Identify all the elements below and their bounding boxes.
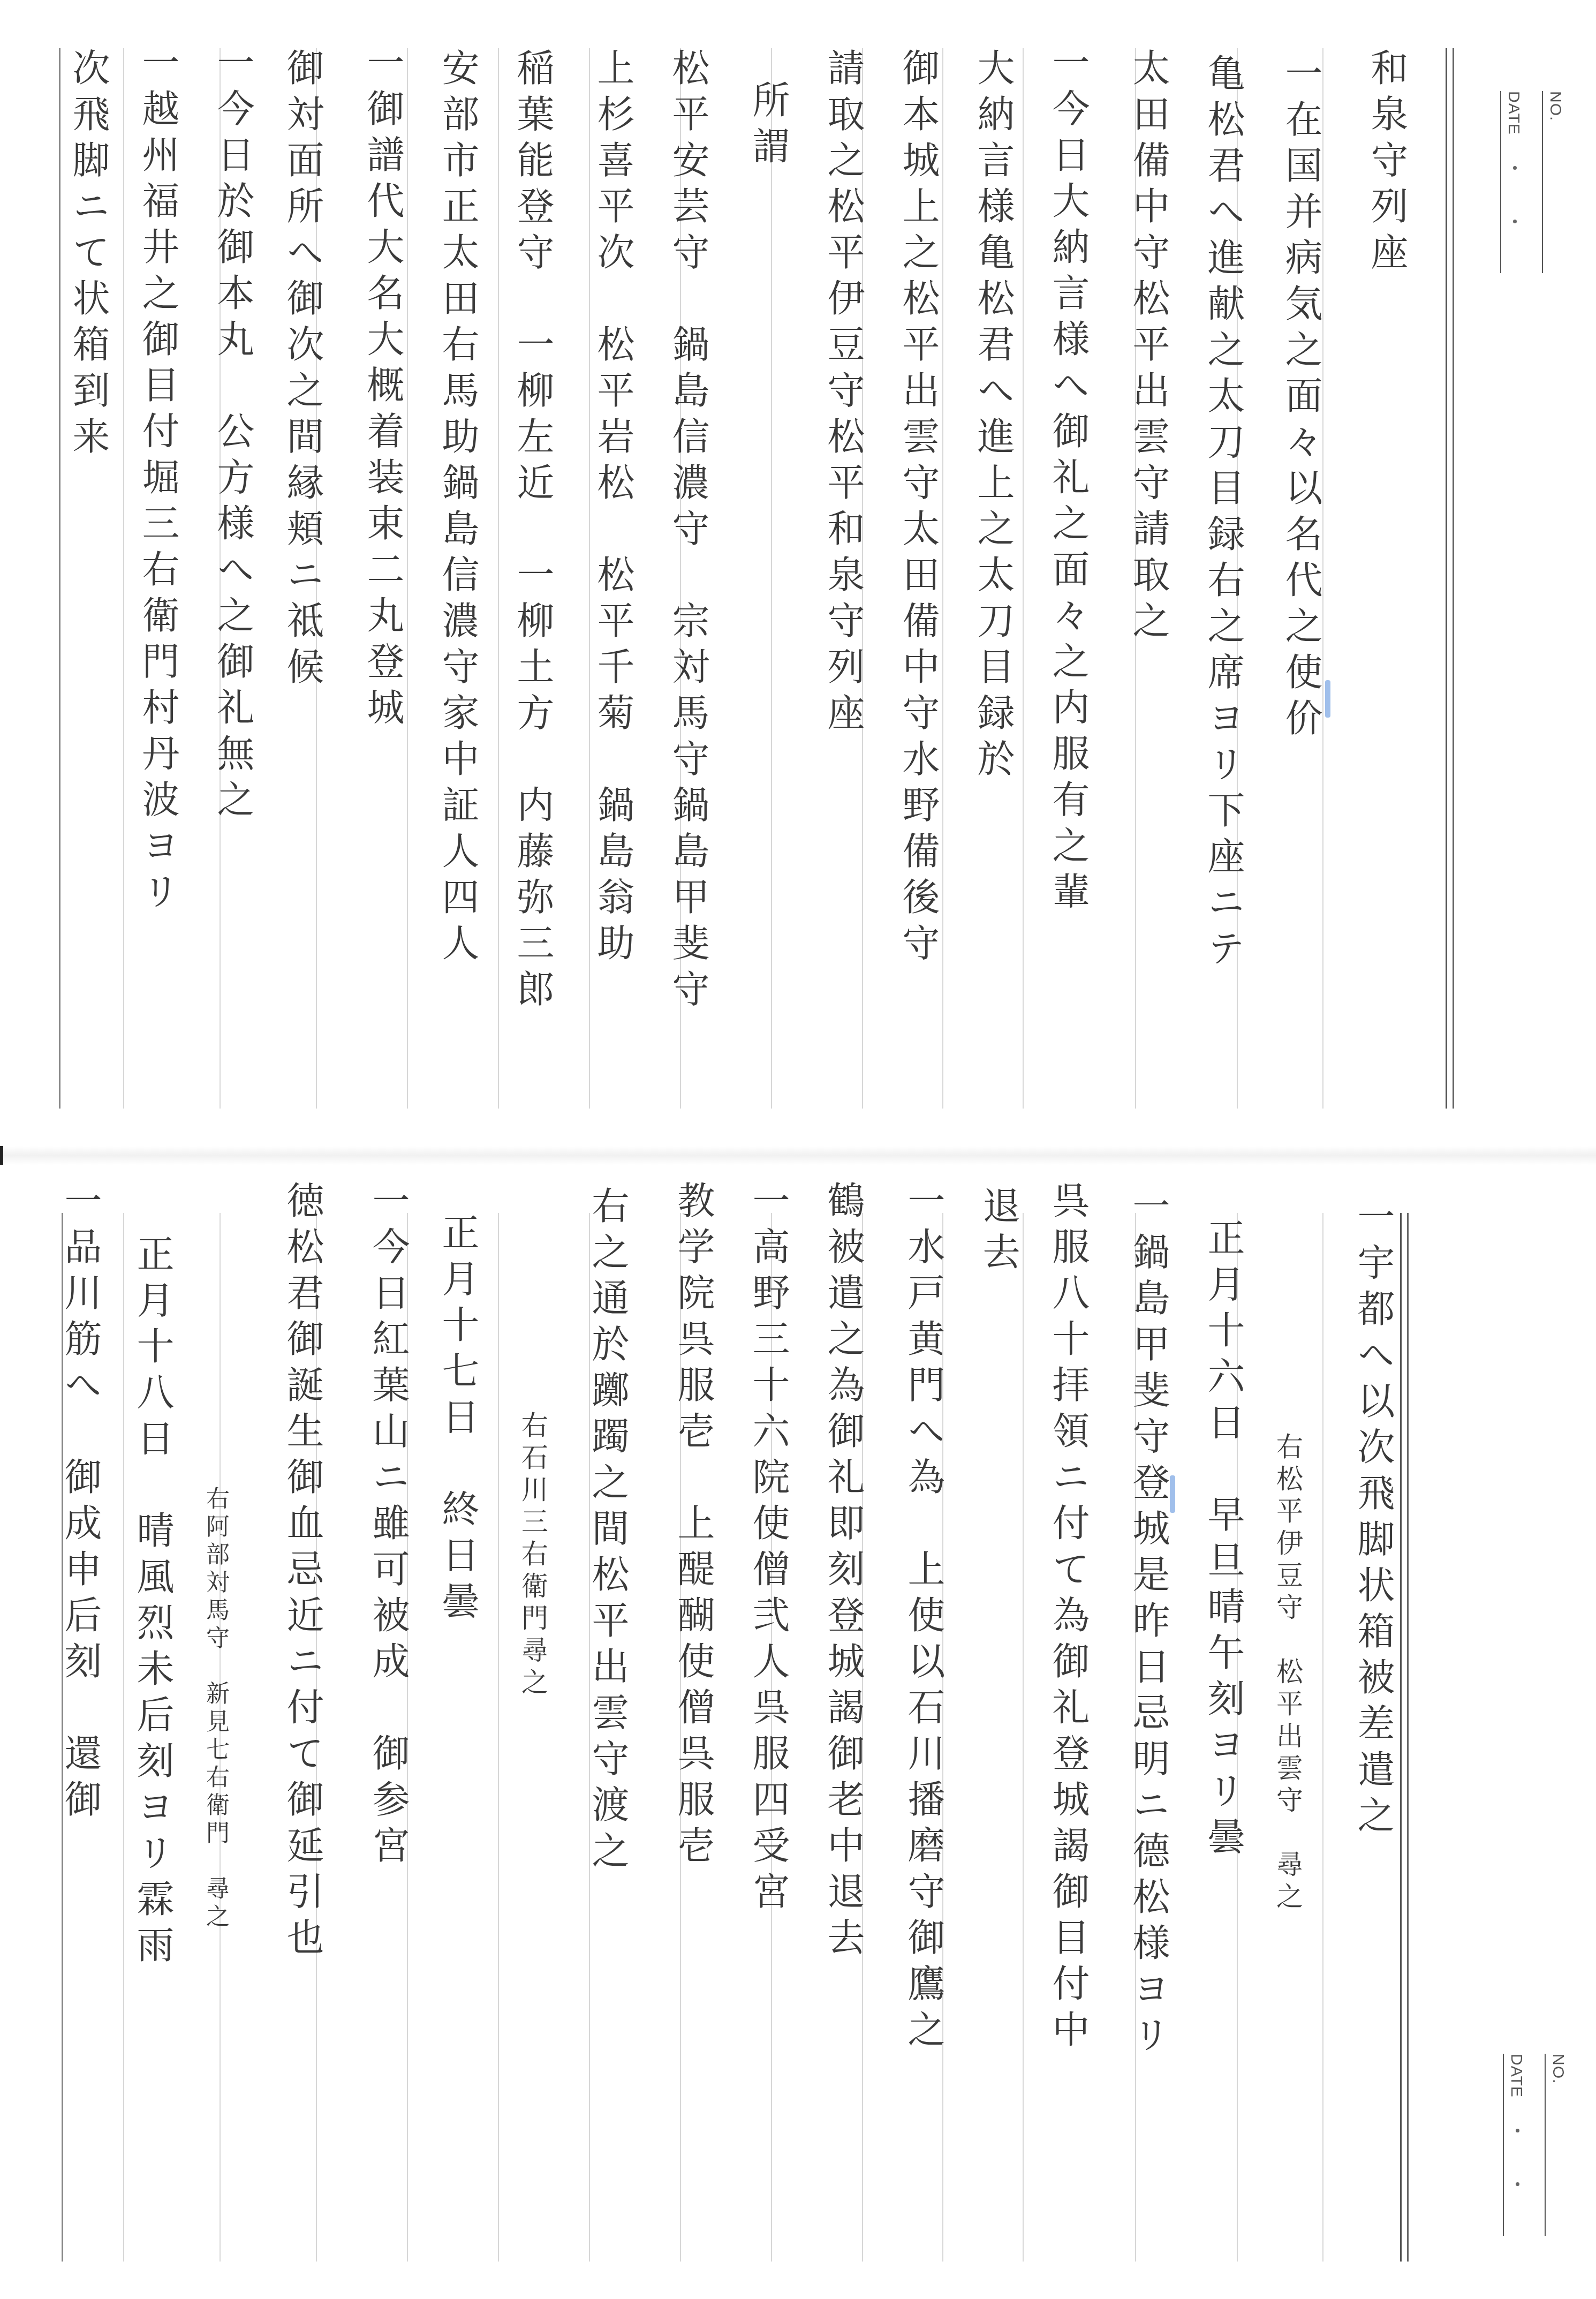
page-left-edge <box>59 48 60 1109</box>
text-column: 正月十六日 早旦晴午刻ヨリ曇 <box>1205 1218 1242 1863</box>
text-column: 和泉守列座 <box>1368 48 1405 278</box>
notebook-header: NO. DATE <box>1478 37 1569 225</box>
highlighter-mark <box>1325 680 1330 718</box>
ruled-line <box>123 48 124 1109</box>
text-column: 一水戸黄門へ為 上使以石川播磨守御鷹之 <box>905 1181 942 2056</box>
ruled-line <box>589 48 590 1109</box>
date-separator-dot <box>1513 166 1517 170</box>
date-underline <box>1503 2054 1504 2236</box>
page-margin-double-line <box>1446 48 1454 1109</box>
text-column: 徳松君御誕生御血忌近ニ付て御延引也 <box>284 1181 321 1964</box>
date-label: DATE <box>1507 2054 1525 2098</box>
page-margin-double-line <box>1400 1213 1409 2262</box>
no-label: NO. <box>1546 91 1564 121</box>
date-separator-dot <box>1516 2129 1519 2132</box>
ruled-line <box>498 48 499 1109</box>
text-column: 太田備中守松平出雲守請取之 <box>1130 48 1167 647</box>
text-column: 正月十七日 終日曇 <box>439 1213 476 1627</box>
text-column: 一宇都へ以次飛脚状箱被差遣之 <box>1355 1197 1392 1842</box>
ruled-line <box>1023 48 1024 1109</box>
text-column: 松平安芸守 鍋島信濃守 宗対馬守鍋島甲斐守 <box>669 48 707 1015</box>
text-column: 一在国并病気之面々以名代之使价 <box>1282 54 1320 744</box>
text-column: 御対面所へ御次之間縁頬ニ祗候 <box>284 48 321 693</box>
text-column: 一品川筋へ 御成申后刻 還御 <box>62 1181 99 1826</box>
notebook-header: NO. DATE <box>1480 2000 1571 2188</box>
ruled-line <box>498 1213 499 2262</box>
text-column: 右石川三右衛門尋之 <box>519 1411 546 1700</box>
text-column: 一鍋島甲斐守登城是昨日忌明ニ德松様ヨリ <box>1130 1186 1167 2061</box>
ruled-line <box>1322 1213 1323 2262</box>
no-label: NO. <box>1549 2054 1567 2084</box>
text-column: 右之通於躑躅之間松平出雲守渡之 <box>589 1186 626 1877</box>
text-column: 一御譜代大名大概着装束二丸登城 <box>364 43 402 734</box>
text-column: 呉服八十拝領ニ付て為御礼登城謁御目付中 <box>1049 1181 1087 2056</box>
text-column: 一越州福井之御目付堀三右衛門村丹波ヨリ <box>139 43 177 918</box>
date-underline <box>1500 91 1501 273</box>
highlighter-mark <box>1170 1475 1175 1513</box>
text-column: 次飛脚ニて状箱到来 <box>70 48 107 463</box>
text-column: 所謂 <box>750 80 787 172</box>
ruled-line <box>1023 1213 1024 2262</box>
text-column: 教学院呉服壱 上醍醐使僧呉服壱 <box>675 1181 712 1872</box>
text-column: 退去 <box>980 1186 1017 1278</box>
text-column: 稲葉能登守 一柳左近 一柳土方 内藤弥三郎 <box>514 48 551 1015</box>
ruled-line <box>407 48 408 1109</box>
ruled-line <box>942 48 943 1109</box>
date-separator-dot <box>1513 220 1517 223</box>
text-column: 鶴被遣之為御礼即刻登城謁御老中退去 <box>825 1181 862 1964</box>
no-underline <box>1542 91 1543 273</box>
text-column: 右阿部対馬守 新見七右衛門 尋之 <box>203 1486 227 1932</box>
text-column: 大納言様亀松君へ進上之太刀目録於 <box>974 48 1012 785</box>
text-column: 上杉喜平次 松平岩松 松平千菊 鍋島翁助 <box>594 48 632 969</box>
date-separator-dot <box>1516 2182 1519 2186</box>
text-column: 御本城上之松平出雲守太田備中守水野備後守 <box>899 48 937 969</box>
text-column: 請取之松平伊豆守松平和泉守列座 <box>825 48 862 739</box>
text-column: 亀松君へ進献之太刀目録右之席ヨリ下座ニテ <box>1205 54 1242 975</box>
text-column: 一今日於御本丸 公方様へ之御礼無之 <box>214 43 252 826</box>
ruled-line <box>123 1213 124 2262</box>
text-column: 正月十八日 晴風烈未后刻ヨリ霖雨 <box>134 1234 171 1971</box>
text-column: 一今日大納言様へ御礼之面々之内服有之輩 <box>1049 43 1087 918</box>
ruled-line <box>771 48 772 1109</box>
notebook-page-bottom: NO. DATE 一宇都へ以次飛脚状箱被差遣之 右松平伊豆守 松平出雲守 尋之 … <box>0 1165 1596 2299</box>
notebook-page-top: NO. DATE 和泉守列座 一在国并病気之面々以名代之使价 亀松君へ進献之太刀… <box>0 0 1596 1146</box>
no-underline <box>1545 2054 1546 2236</box>
text-column: 安部市正太田右馬助鍋島信濃守家中証人四人 <box>439 48 476 969</box>
text-column: 一今日紅葉山ニ雖可被成 御参宮 <box>369 1181 407 1872</box>
page-fold-gap <box>0 1146 1596 1165</box>
text-column: 右松平伊豆守 松平出雲守 尋之 <box>1274 1433 1301 1914</box>
date-label: DATE <box>1504 91 1523 135</box>
text-column: 一高野三十六院使僧弐人呉服四受宮 <box>750 1181 787 1918</box>
